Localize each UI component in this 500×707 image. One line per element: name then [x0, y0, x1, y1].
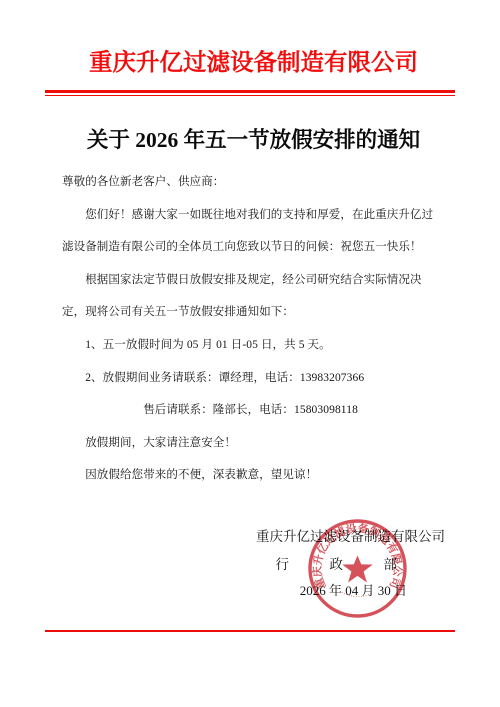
- letterhead-divider-thin-line: [45, 95, 455, 96]
- seal-star-icon: [342, 556, 372, 583]
- body-line: 定，现将公司有关五一节放假安排通知如下：: [62, 296, 455, 329]
- notice-body-text: 尊敬的各位新老客户、供应商： 您们好！感谢大家一如既往地对我们的支持和厚爱，在此…: [62, 166, 455, 492]
- letterhead-divider-thick-line: [45, 90, 455, 93]
- footer-divider-line: [45, 630, 455, 632]
- company-seal-stamp: 重庆升亿过滤设备制造有限公司 ･････････････: [306, 517, 409, 620]
- body-line: 2、放假期间业务请联系：谭经理，电话：13983207366: [62, 362, 455, 395]
- body-line: 您们好！感谢大家一如既往地对我们的支持和厚爱，在此重庆升亿过: [62, 199, 455, 232]
- seal-code-marks: ･････････････: [339, 591, 373, 601]
- body-line: 滤设备制造有限公司的全体员工向您致以节日的问候：祝您五一快乐！: [62, 231, 455, 264]
- body-line: 根据国家法定节假日放假安排及规定，经公司研究结合实际情况决: [62, 264, 455, 297]
- notice-title: 关于 2026 年五一节放假安排的通知: [52, 127, 455, 153]
- body-line: 因放假给您带来的不便，深表歉意，望见谅！: [62, 459, 455, 492]
- company-letterhead-title: 重庆升亿过滤设备制造有限公司: [62, 50, 445, 77]
- notice-document-page: 重庆升亿过滤设备制造有限公司 关于 2026 年五一节放假安排的通知 尊敬的各位…: [0, 0, 500, 707]
- body-line: 尊敬的各位新老客户、供应商：: [62, 166, 455, 199]
- body-line: 放假期间，大家请注意安全！: [62, 427, 455, 460]
- body-line: 1、五一放假时间为 05 月 01 日-05 日，共 5 天。: [62, 329, 455, 362]
- body-line: 售后请联系：隆部长，电话：15803098118: [62, 394, 455, 427]
